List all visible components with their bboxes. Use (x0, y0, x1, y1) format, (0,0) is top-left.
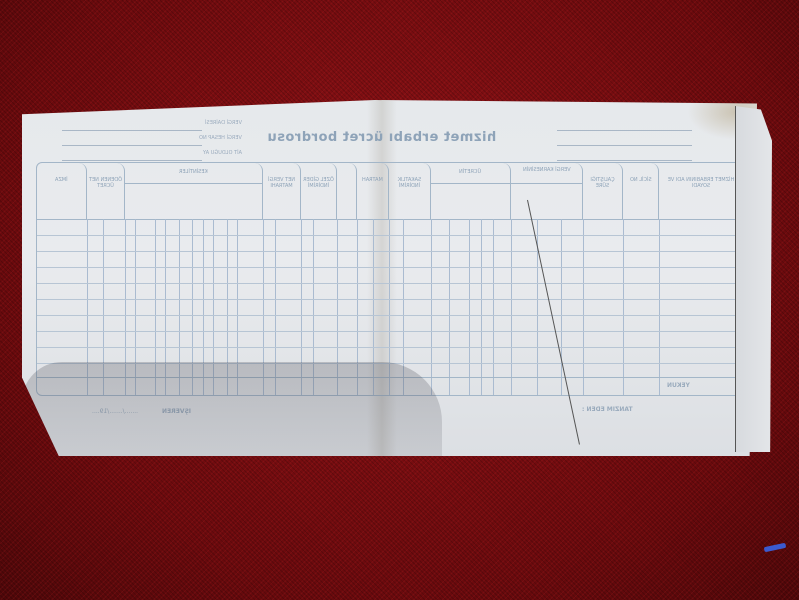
header-field-line (557, 133, 692, 146)
photo-shadow (22, 362, 442, 456)
header-divider (37, 219, 743, 220)
header-field-line: VERGİ HESAP NO (62, 133, 202, 146)
row-line (37, 283, 743, 284)
grid-line (431, 219, 432, 395)
folded-paper-edge (735, 106, 772, 452)
row-line (37, 331, 743, 332)
column-header-wage: ÜCRETİN (431, 163, 511, 219)
grid-line (511, 219, 512, 395)
column-header-signature: İMZA (37, 163, 87, 219)
column-header-net-pay: ÖDENEN NET ÜCRET (87, 163, 125, 219)
prepared-by-label: TANZİM EDEN : (582, 406, 633, 413)
header-field-line (557, 148, 692, 161)
column-header-disability: SAKATLIK İNDİRİMİ (389, 163, 431, 219)
deductions-subheader (125, 183, 262, 220)
tax-card-subheader (511, 183, 582, 220)
form-title-text: hizmet erbabı ücret bordrosu (267, 130, 496, 145)
column-header-net-tax-base: NET VERGİ MATRAHI (263, 163, 301, 219)
grid-line (481, 219, 482, 395)
header-field-line (557, 118, 692, 131)
total-label: YEKÜN (667, 382, 690, 389)
column-header-registry-no: SİCİL NO (623, 163, 659, 219)
grid-line (493, 219, 494, 395)
form-title: hizmet erbabı ücret bordrosu (267, 130, 497, 145)
left-header-fields: VERGİ DAİRESİ VERGİ HESAP NO AİT OLDUĞU … (62, 118, 202, 163)
pen-cap (764, 543, 787, 552)
header-field-line: VERGİ DAİRESİ (62, 118, 202, 131)
grid-line (469, 219, 470, 395)
column-header-employee-name: HİZMET ERBABININ ADI VE SOYADI (659, 163, 743, 219)
header-field-label: AİT OLDUĞU AY (203, 150, 242, 156)
column-header-tax-card: VERGİ KARNESİNİN (511, 163, 583, 219)
row-line (37, 251, 743, 252)
column-header-special-expense: ÖZEL GİDER İNDİRİMİ (301, 163, 337, 219)
grid-line (659, 219, 660, 395)
row-line (37, 235, 743, 236)
grid-line (583, 219, 584, 395)
row-line (37, 299, 743, 300)
right-header-fields (557, 118, 692, 163)
payroll-form-paper: hizmet erbabı ücret bordrosu VERGİ DAİRE… (22, 100, 757, 456)
wage-subheader (431, 183, 510, 220)
column-header-blank (337, 163, 357, 219)
grid-line (623, 219, 624, 395)
header-field-line: AİT OLDUĞU AY (62, 148, 202, 161)
column-header-deductions: KESİNTİLER (125, 163, 263, 219)
payroll-table: İMZA ÖDENEN NET ÜCRET KESİNTİLER NET VER… (36, 162, 744, 396)
column-header-work-duration: ÇALIŞTIĞI SÜRE (583, 163, 623, 219)
column-header-tax-base: MATRAH (357, 163, 389, 219)
header-field-label: VERGİ HESAP NO (199, 135, 242, 141)
row-line (37, 267, 743, 268)
grid-line (449, 219, 450, 395)
header-field-label: VERGİ DAİRESİ (205, 120, 242, 126)
row-line (37, 315, 743, 316)
row-line (37, 347, 743, 348)
